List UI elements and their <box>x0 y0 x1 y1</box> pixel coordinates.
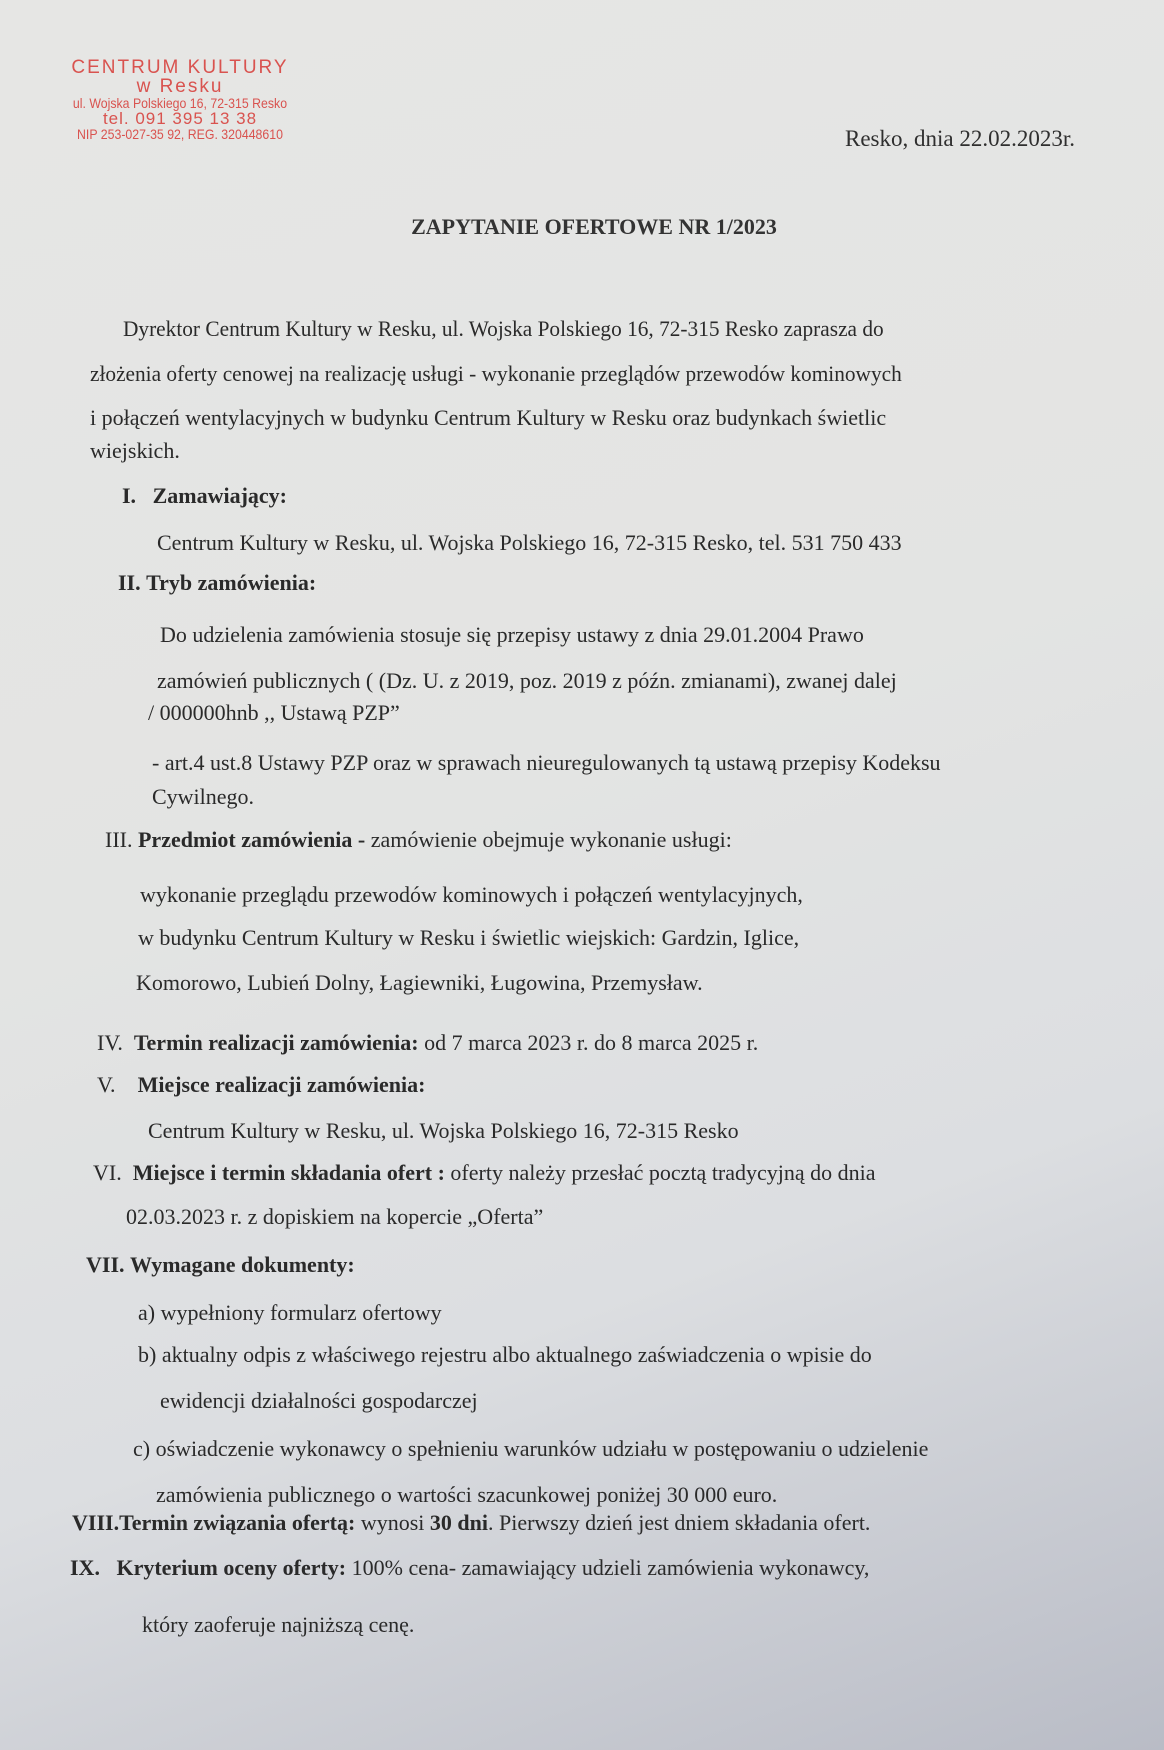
intro-line: złożenia oferty cenowej na realizację us… <box>90 361 902 387</box>
document-list-item: ewidencji działalności gospodarczej <box>160 1388 478 1414</box>
document-list-item: b) aktualny odpis z właściwego rejestru … <box>138 1342 872 1368</box>
section-3-heading: III. Przedmiot zamówienia - zamówienie o… <box>105 827 732 853</box>
section-2-body: zamówień publicznych ( (Dz. U. z 2019, p… <box>157 668 897 694</box>
section-3-body: Komorowo, Lubień Dolny, Łagiewniki, Ługo… <box>136 970 703 996</box>
document-title: ZAPYTANIE OFERTOWE NR 1/2023 <box>0 214 1164 240</box>
stamp-line: NIP 253-027-35 92, REG. 320448610 <box>57 127 303 141</box>
section-5-body: Centrum Kultury w Resku, ul. Wojska Pols… <box>148 1118 739 1144</box>
stamp-line: ul. Wojska Polskiego 16, 72-315 Resko <box>57 96 303 110</box>
document-page: CENTRUM KULTURY w Resku ul. Wojska Polsk… <box>0 0 1164 1750</box>
section-2-body: / 000000hnb ,, Ustawą PZP” <box>148 700 400 726</box>
intro-line: Dyrektor Centrum Kultury w Resku, ul. Wo… <box>123 316 884 342</box>
section-2-body: - art.4 ust.8 Ustawy PZP oraz w sprawach… <box>152 750 941 776</box>
document-date: Resko, dnia 22.02.2023r. <box>845 126 1075 152</box>
stamp-line: CENTRUM KULTURY <box>40 58 320 77</box>
section-2-body: Do udzielenia zamówienia stosuje się prz… <box>160 622 864 648</box>
section-6-heading: VI. Miejsce i termin składania ofert : o… <box>93 1160 876 1186</box>
intro-line: wiejskich. <box>90 438 180 464</box>
intro-line: i połączeń wentylacyjnych w budynku Cent… <box>90 405 886 431</box>
institution-stamp: CENTRUM KULTURY w Resku ul. Wojska Polsk… <box>40 58 320 141</box>
section-1-heading: I. Zamawiający: <box>122 483 287 509</box>
section-9-heading: IX. Kryterium oceny oferty: 100% cena- z… <box>70 1555 869 1581</box>
stamp-line: w Resku <box>40 77 320 96</box>
section-7-heading: VII. Wymagane dokumenty: <box>86 1252 355 1278</box>
section-4-heading: IV. Termin realizacji zamówienia: od 7 m… <box>97 1030 758 1056</box>
document-list-item: zamówienia publicznego o wartości szacun… <box>156 1482 777 1508</box>
document-list-item: c) oświadczenie wykonawcy o spełnieniu w… <box>133 1436 928 1462</box>
section-8-heading: VIII.Termin związania ofertą: wynosi 30 … <box>72 1510 870 1536</box>
section-1-body: Centrum Kultury w Resku, ul. Wojska Pols… <box>157 530 902 556</box>
section-3-body: wykonanie przeglądu przewodów kominowych… <box>140 882 803 908</box>
document-list-item: a) wypełniony formularz ofertowy <box>138 1300 442 1326</box>
section-5-heading: V. Miejsce realizacji zamówienia: <box>97 1072 425 1098</box>
section-3-body: w budynku Centrum Kultury w Resku i świe… <box>138 925 799 951</box>
section-2-heading: II. Tryb zamówienia: <box>118 570 316 596</box>
section-9-body: który zaoferuje najniższą cenę. <box>142 1612 414 1638</box>
section-6-body: 02.03.2023 r. z dopiskiem na kopercie „O… <box>126 1204 543 1230</box>
stamp-line: tel. 091 395 13 38 <box>40 110 320 127</box>
section-2-body: Cywilnego. <box>152 784 254 810</box>
